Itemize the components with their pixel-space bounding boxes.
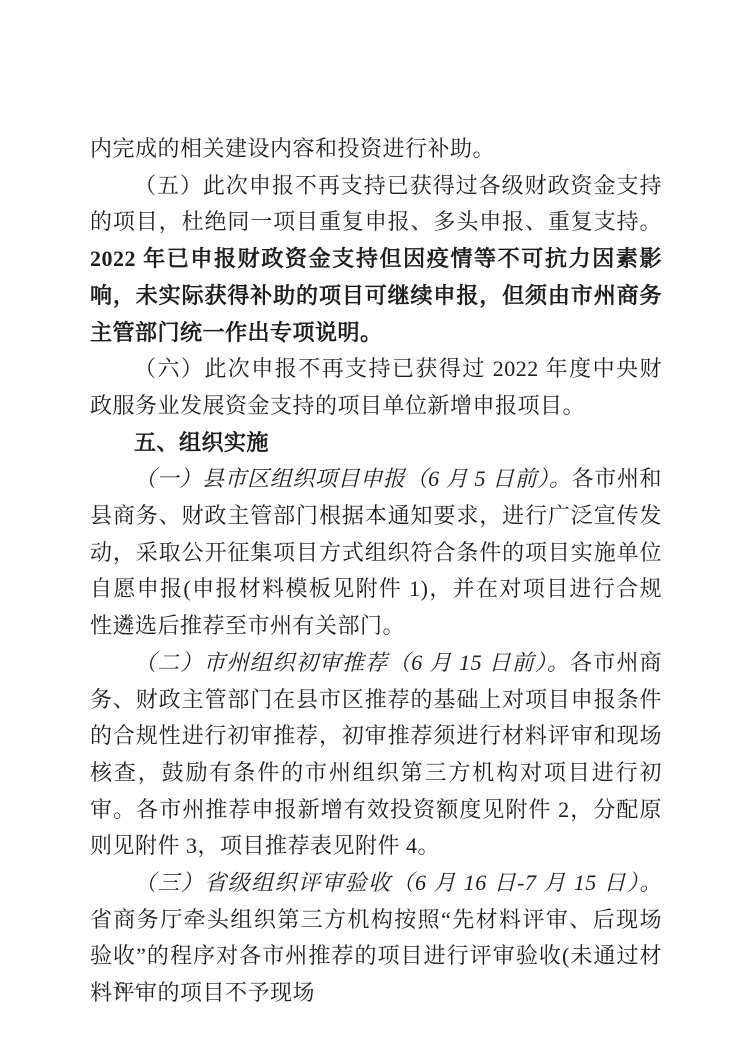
paragraph-impl-three: （三）省级组织评审验收（6 月 16 日-7 月 15 日）。省商务厅牵头组织第… — [90, 865, 662, 1012]
paragraph-item-six: （六）此次申报不再支持已获得过 2022 年度中央财政服务业发展资金支持的项目单… — [90, 351, 662, 424]
impl-one-body-text: 各市州和县商务、财政主管部门根据本通知要求，进行广泛宣传发动，采取公开征集项目方… — [90, 466, 662, 638]
impl-one-subhead: （一）县市区组织项目申报（6 月 5 日前）。 — [134, 466, 572, 491]
page-number: – 6 – — [100, 978, 144, 998]
paragraph-continuation: 内完成的相关建设内容和投资进行补助。 — [90, 131, 662, 168]
item-five-normal-text: （五）此次申报不再支持已获得过各级财政资金支持的项目，杜绝同一项目重复申报、多头… — [90, 173, 662, 235]
paragraph-item-five: （五）此次申报不再支持已获得过各级财政资金支持的项目，杜绝同一项目重复申报、多头… — [90, 168, 662, 352]
paragraph-impl-one: （一）县市区组织项目申报（6 月 5 日前）。各市州和县商务、财政主管部门根据本… — [90, 461, 662, 645]
impl-two-subhead: （二）市州组织初审推荐（6 月 15 日前）。 — [134, 650, 570, 675]
paragraph-impl-two: （二）市州组织初审推荐（6 月 15 日前）。各市州商务、财政主管部门在县市区推… — [90, 645, 662, 865]
impl-three-subhead: （三）省级组织评审验收（6 月 16 日-7 月 15 日）。 — [134, 870, 662, 895]
item-five-bold-emphasis: 2022 年已申报财政资金支持但因疫情等不可抗力因素影响，未实际获得补助的项目可… — [90, 246, 662, 344]
impl-two-body-text: 各市州商务、财政主管部门在县市区推荐的基础上对项目申报条件的合规性进行初审推荐，… — [90, 650, 662, 859]
document-body: 内完成的相关建设内容和投资进行补助。 （五）此次申报不再支持已获得过各级财政资金… — [90, 131, 662, 1012]
document-page: { "page": { "background": "#ffffff", "te… — [0, 0, 750, 1061]
impl-three-body-text: 省商务厅牵头组织第三方机构按照“先材料评审、后现场验收”的程序对各市州推荐的项目… — [90, 907, 662, 1005]
section-heading: 五、组织实施 — [90, 425, 662, 462]
